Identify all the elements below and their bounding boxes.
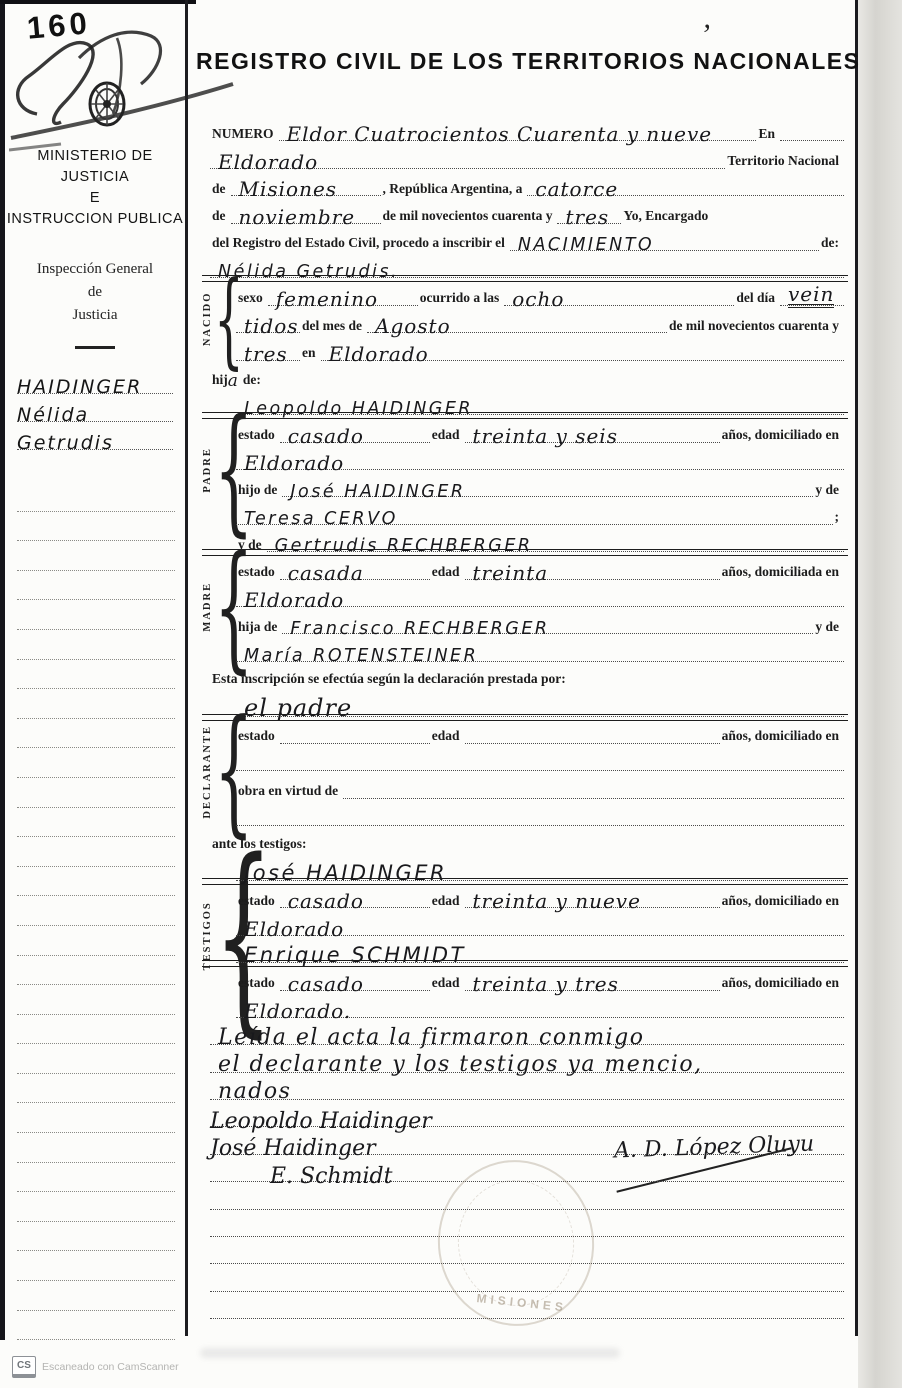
ministry-line: E — [5, 188, 185, 209]
empty-ruled-lines — [196, 1182, 854, 1319]
registro-label: del Registro del Estado Civil, procedo a… — [210, 236, 510, 251]
estado-label: estado — [236, 894, 280, 909]
y-de-label: y de — [813, 483, 844, 498]
domicilio-label: años, domiciliado en — [720, 976, 844, 991]
mes-label: del mes de — [300, 319, 367, 334]
form-row-fecha: de noviembre de mil novecientos cuarenta… — [196, 196, 854, 223]
domicilio-label: años, domiciliado en — [720, 894, 844, 909]
form-row-madre-nombre: y de Gertrudis RECHBERGER — [196, 525, 854, 552]
anio-label: de mil novecientos cuarenta y — [667, 319, 844, 334]
inspection-heading: Inspección General de Justicia — [5, 258, 185, 327]
edad-label: edad — [430, 729, 465, 744]
inspection-line: de — [5, 281, 185, 304]
hijo-de-label: hijo de — [236, 483, 282, 498]
yo-label: Yo, Encargado — [621, 209, 713, 224]
hora-label: ocurrido a las — [418, 291, 505, 306]
territorio-label: Territorio Nacional — [725, 154, 844, 169]
estado-label: estado — [236, 565, 280, 580]
estado-label: estado — [236, 428, 280, 443]
margin-middlename: Getrudis — [17, 435, 114, 452]
dia-label: del día — [734, 291, 780, 306]
de-label: de — [210, 182, 231, 197]
ministry-line: INSTRUCCION PUBLICA — [5, 209, 185, 230]
section-nacido: NACIDO { sexo femenino ocurrido a las oc… — [196, 278, 854, 360]
edad-label: edad — [430, 976, 465, 991]
margin-registrant-name: HAIDINGER Nélida Getrudis — [17, 366, 173, 450]
left-margin-column: 160 MINISTERIO DE JUSTICIA E INSTRUCCION… — [5, 0, 185, 1340]
document-page: 160 MINISTERIO DE JUSTICIA E INSTRUCCION… — [0, 0, 902, 1388]
separator-dash — [75, 346, 115, 349]
form-row-padre-nombre: Leopoldo HAIDINGER — [196, 388, 854, 415]
form-row-cierre-3: nados — [196, 1073, 854, 1100]
camscanner-logo-icon: CS — [12, 1356, 36, 1378]
section-padre: PADRE { estado casado edad treinta y sei… — [196, 415, 854, 525]
form-row-numero: NUMERO Eldor Cuatrocientos Cuarenta y nu… — [196, 114, 854, 141]
inspection-line: Inspección General — [5, 258, 185, 281]
camscanner-watermark: CS Escaneado con CamScanner — [12, 1356, 179, 1378]
page-border-right — [855, 0, 858, 1336]
form-row-lugar: Eldorado Territorio Nacional — [196, 141, 854, 168]
hija-de-label: hija de — [236, 620, 282, 635]
edad-label: edad — [430, 428, 465, 443]
domicilio-label: años, domiciliado en — [720, 428, 844, 443]
form-row-territorio: de Misiones , República Argentina, a cat… — [196, 169, 854, 196]
sexo-label: sexo — [236, 291, 268, 306]
numero-label: NUMERO — [210, 127, 279, 142]
form-row-declaracion-intro: Esta inscripción se efectúa según la dec… — [196, 662, 854, 689]
estado-label: estado — [236, 729, 280, 744]
scan-edge-strip — [858, 0, 902, 1388]
edad-label: edad — [430, 894, 465, 909]
margin-ruled-lines — [17, 482, 175, 1340]
form-row-testigos-intro: ante los testigos: — [196, 826, 854, 853]
section-madre: MADRE { estado casada edad treinta años,… — [196, 552, 854, 662]
ministry-line: MINISTERIO DE JUSTICIA — [5, 146, 185, 188]
ministry-heading: MINISTERIO DE JUSTICIA E INSTRUCCION PUB… — [5, 146, 185, 230]
section-declarante: DECLARANTE { estado edad años, domicilia… — [196, 717, 854, 827]
form-row-firma-1: Leopoldo Haidinger — [196, 1100, 854, 1127]
de-label: de: — [819, 236, 844, 251]
form-row-firma-3: E. Schmidt — [196, 1155, 854, 1182]
hija-overwrite: a — [228, 374, 239, 388]
section-testigos: TESTIGOS { José HAIDINGER estado casado … — [196, 854, 854, 1018]
en-label: en — [300, 346, 321, 361]
margin-surname: HAIDINGER — [17, 379, 142, 396]
page-title: REGISTRO CIVIL DE LOS TERRITORIOS NACION… — [196, 48, 855, 75]
camscanner-text: Escaneado con CamScanner — [42, 1361, 179, 1373]
form-row-nombre: Nélida Getrudis. — [196, 251, 854, 278]
margin-firstname: Nélida — [17, 407, 89, 424]
margin-divider-line — [185, 0, 188, 1336]
domicilio-label: años, domiciliado en — [720, 729, 844, 744]
republica-label: , República Argentina, a — [381, 182, 528, 197]
domicilio-label: años, domiciliada en — [720, 565, 844, 580]
year-label: de mil novecientos cuarenta y — [381, 209, 558, 224]
edad-label: edad — [430, 565, 465, 580]
hija-label: hij — [210, 373, 228, 388]
dia-value: vein — [788, 286, 834, 308]
registration-form: NUMERO Eldor Cuatrocientos Cuarenta y nu… — [196, 114, 854, 1319]
obra-label: obra en virtud de — [236, 784, 343, 799]
form-row-cierre-1: Leída el acta la firmaron conmigo — [196, 1018, 854, 1045]
form-row-hija-de: hij a de: — [196, 361, 854, 388]
inspection-line: Justicia — [5, 304, 185, 327]
ink-mark: ’ — [700, 18, 710, 52]
declaracion-intro-label: Esta inscripción se efectúa según la dec… — [210, 671, 566, 689]
semicolon: ; — [833, 510, 845, 525]
form-row-declarante-nombre: el padre — [196, 689, 854, 716]
form-row-cierre-2: el declarante y los testigos ya mencio, — [196, 1045, 854, 1072]
scan-smudge — [200, 1348, 620, 1358]
form-row-firma-2: José Haidinger A. D. López Oluyu — [196, 1127, 854, 1154]
coat-of-arms-seal-icon — [85, 78, 129, 130]
estado-label: estado — [236, 976, 280, 991]
hija-label-post: de: — [241, 373, 266, 388]
en-label: En — [756, 127, 780, 142]
y-de-label: y de — [813, 620, 844, 635]
form-row-acto: del Registro del Estado Civil, procedo a… — [196, 224, 854, 251]
de-label: de — [210, 209, 231, 224]
